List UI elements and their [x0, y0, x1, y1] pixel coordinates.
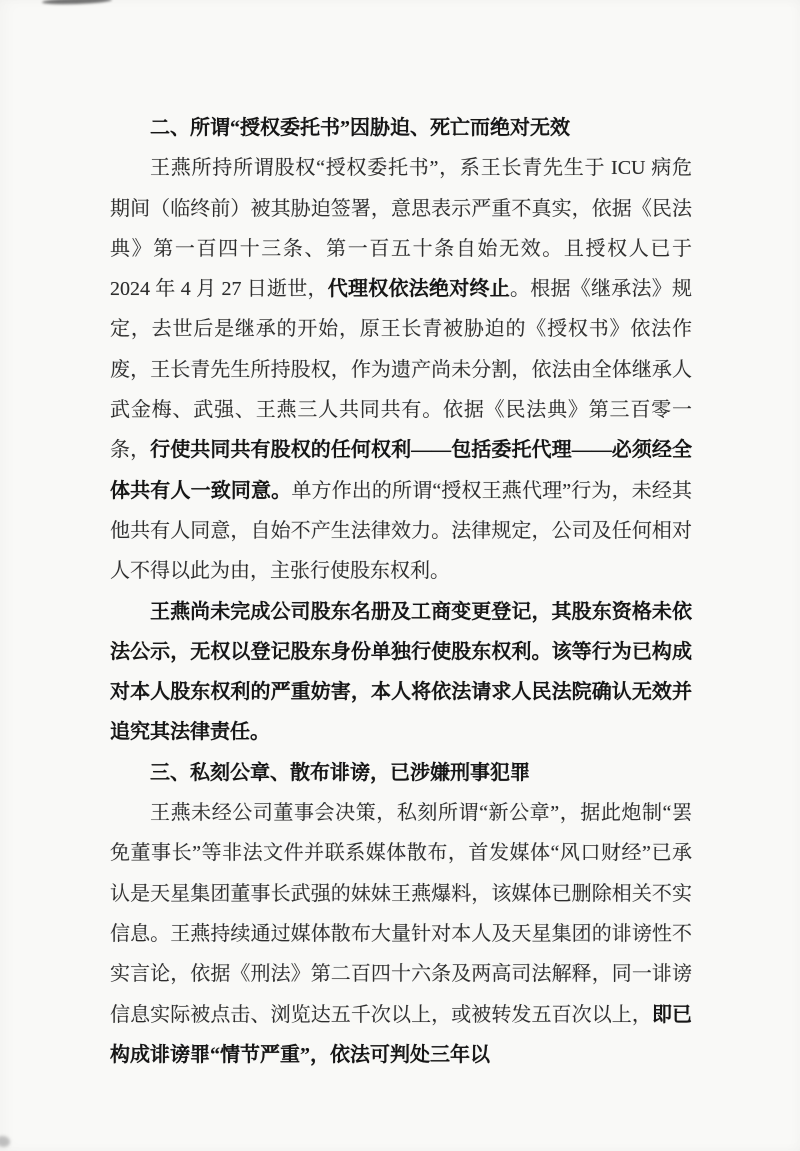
scanned-document-page: 二、所谓“授权委托书”因胁迫、死亡而绝对无效王燕所持所谓股权“授权委托书”，系王… — [0, 0, 800, 1151]
bold-text-run: 王燕尚未完成公司股东名册及工商变更登记，其股东资格未依法公示，无权以登记股东身份… — [110, 601, 692, 744]
bold-text-run: 三、私刻公章、散布诽谤，已涉嫌刑事犯罪 — [150, 762, 530, 784]
section-2-heading: 二、所谓“授权委托书”因胁迫、死亡而绝对无效 — [110, 108, 692, 148]
scan-smudge-artifact — [42, 0, 112, 5]
section-3-heading: 三、私刻公章、散布诽谤，已涉嫌刑事犯罪 — [110, 753, 692, 793]
section-3-paragraph-1: 王燕未经公司董事会决策，私刻所谓“新公章”，据此炮制“罢免董事长”等非法文件并联… — [110, 793, 692, 1075]
text-run: 王燕未经公司董事会决策，私刻所谓“新公章”，据此炮制“罢免董事长”等非法文件并联… — [110, 802, 692, 1025]
document-body: 二、所谓“授权委托书”因胁迫、死亡而绝对无效王燕所持所谓股权“授权委托书”，系王… — [110, 108, 692, 1075]
section-2-paragraph-2: 王燕尚未完成公司股东名册及工商变更登记，其股东资格未依法公示，无权以登记股东身份… — [110, 592, 692, 753]
bold-text-run: 二、所谓“授权委托书”因胁迫、死亡而绝对无效 — [150, 117, 570, 139]
section-2-paragraph-1: 王燕所持所谓股权“授权委托书”，系王长青先生于 ICU 病危期间（临终前）被其胁… — [110, 148, 692, 591]
text-run: 。根据《继承法》规定，去世后是继承的开始，原王长青被胁迫的《授权书》依法作废，王… — [110, 278, 692, 461]
scan-speck-artifact — [0, 1136, 10, 1147]
bold-text-run: 代理权依法绝对终止 — [328, 278, 510, 300]
